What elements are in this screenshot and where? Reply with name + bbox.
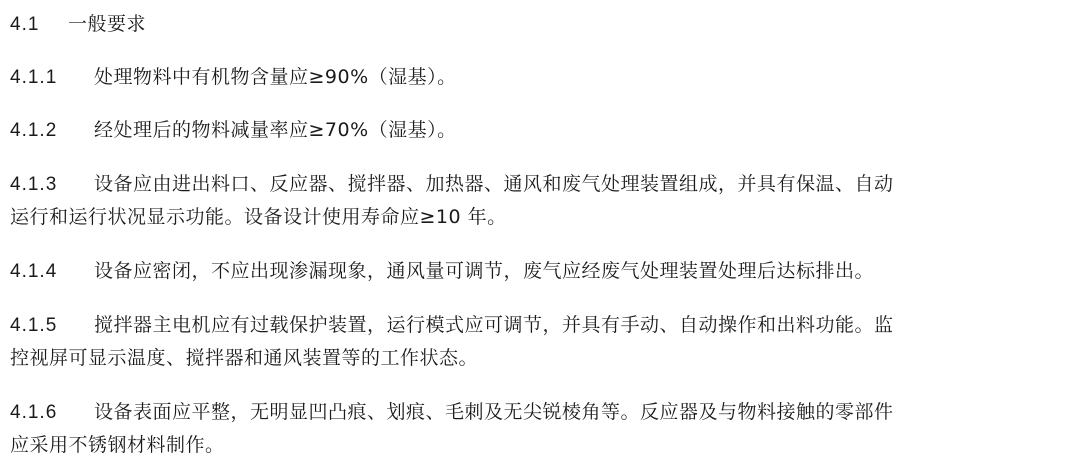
clause-text: 设备表面应平整，无明显凹凸痕、划痕、毛刺及无尖锐棱角等。反应器及与物料接触的零部… — [94, 401, 894, 423]
clause-text: 应采用不锈钢材料制作。 — [10, 434, 225, 456]
clause-number: 4.1.5 — [10, 314, 94, 338]
clause-4-1-3-continued: 运行和运行状况显示功能。设备设计使用寿命应≥10 年。 — [10, 205, 507, 229]
clause-text: 设备应密闭，不应出现渗漏现象，通风量可调节，废气应经废气处理装置处理后达标排出。 — [94, 260, 874, 282]
clause-4-1-5-continued: 控视屏可显示温度、搅拌器和通风装置等的工作状态。 — [10, 346, 478, 370]
clause-4-1-6-continued: 应采用不锈钢材料制作。 — [10, 433, 225, 457]
section-heading: 4.1一般要求 — [10, 12, 146, 37]
clause-4-1-4: 4.1.4设备应密闭，不应出现渗漏现象，通风量可调节，废气应经废气处理装置处理后… — [10, 259, 874, 284]
clause-number: 4.1.1 — [10, 66, 94, 90]
clause-number: 4.1.2 — [10, 119, 94, 143]
clause-text: 经处理后的物料减量率应≥70%（湿基）。 — [94, 119, 457, 141]
section-title: 一般要求 — [68, 13, 146, 35]
clause-number: 4.1.4 — [10, 260, 94, 284]
clause-text: 处理物料中有机物含量应≥90%（湿基）。 — [94, 66, 457, 88]
clause-number: 4.1.6 — [10, 401, 94, 425]
clause-text: 设备应由进出料口、反应器、搅拌器、加热器、通风和废气处理装置组成，并具有保温、自… — [94, 173, 894, 195]
clause-number: 4.1.3 — [10, 173, 94, 197]
clause-text: 搅拌器主电机应有过载保护装置，运行模式应可调节，并具有手动、自动操作和出料功能。… — [94, 314, 894, 336]
clause-4-1-3: 4.1.3设备应由进出料口、反应器、搅拌器、加热器、通风和废气处理装置组成，并具… — [10, 172, 894, 197]
clause-4-1-2: 4.1.2经处理后的物料减量率应≥70%（湿基）。 — [10, 118, 457, 143]
clause-text: 控视屏可显示温度、搅拌器和通风装置等的工作状态。 — [10, 347, 478, 369]
section-number: 4.1 — [10, 13, 68, 37]
clause-text: 运行和运行状况显示功能。设备设计使用寿命应≥10 年。 — [10, 206, 507, 228]
clause-4-1-1: 4.1.1处理物料中有机物含量应≥90%（湿基）。 — [10, 65, 457, 90]
clause-4-1-6: 4.1.6设备表面应平整，无明显凹凸痕、划痕、毛刺及无尖锐棱角等。反应器及与物料… — [10, 400, 894, 425]
clause-4-1-5: 4.1.5搅拌器主电机应有过载保护装置，运行模式应可调节，并具有手动、自动操作和… — [10, 313, 894, 338]
